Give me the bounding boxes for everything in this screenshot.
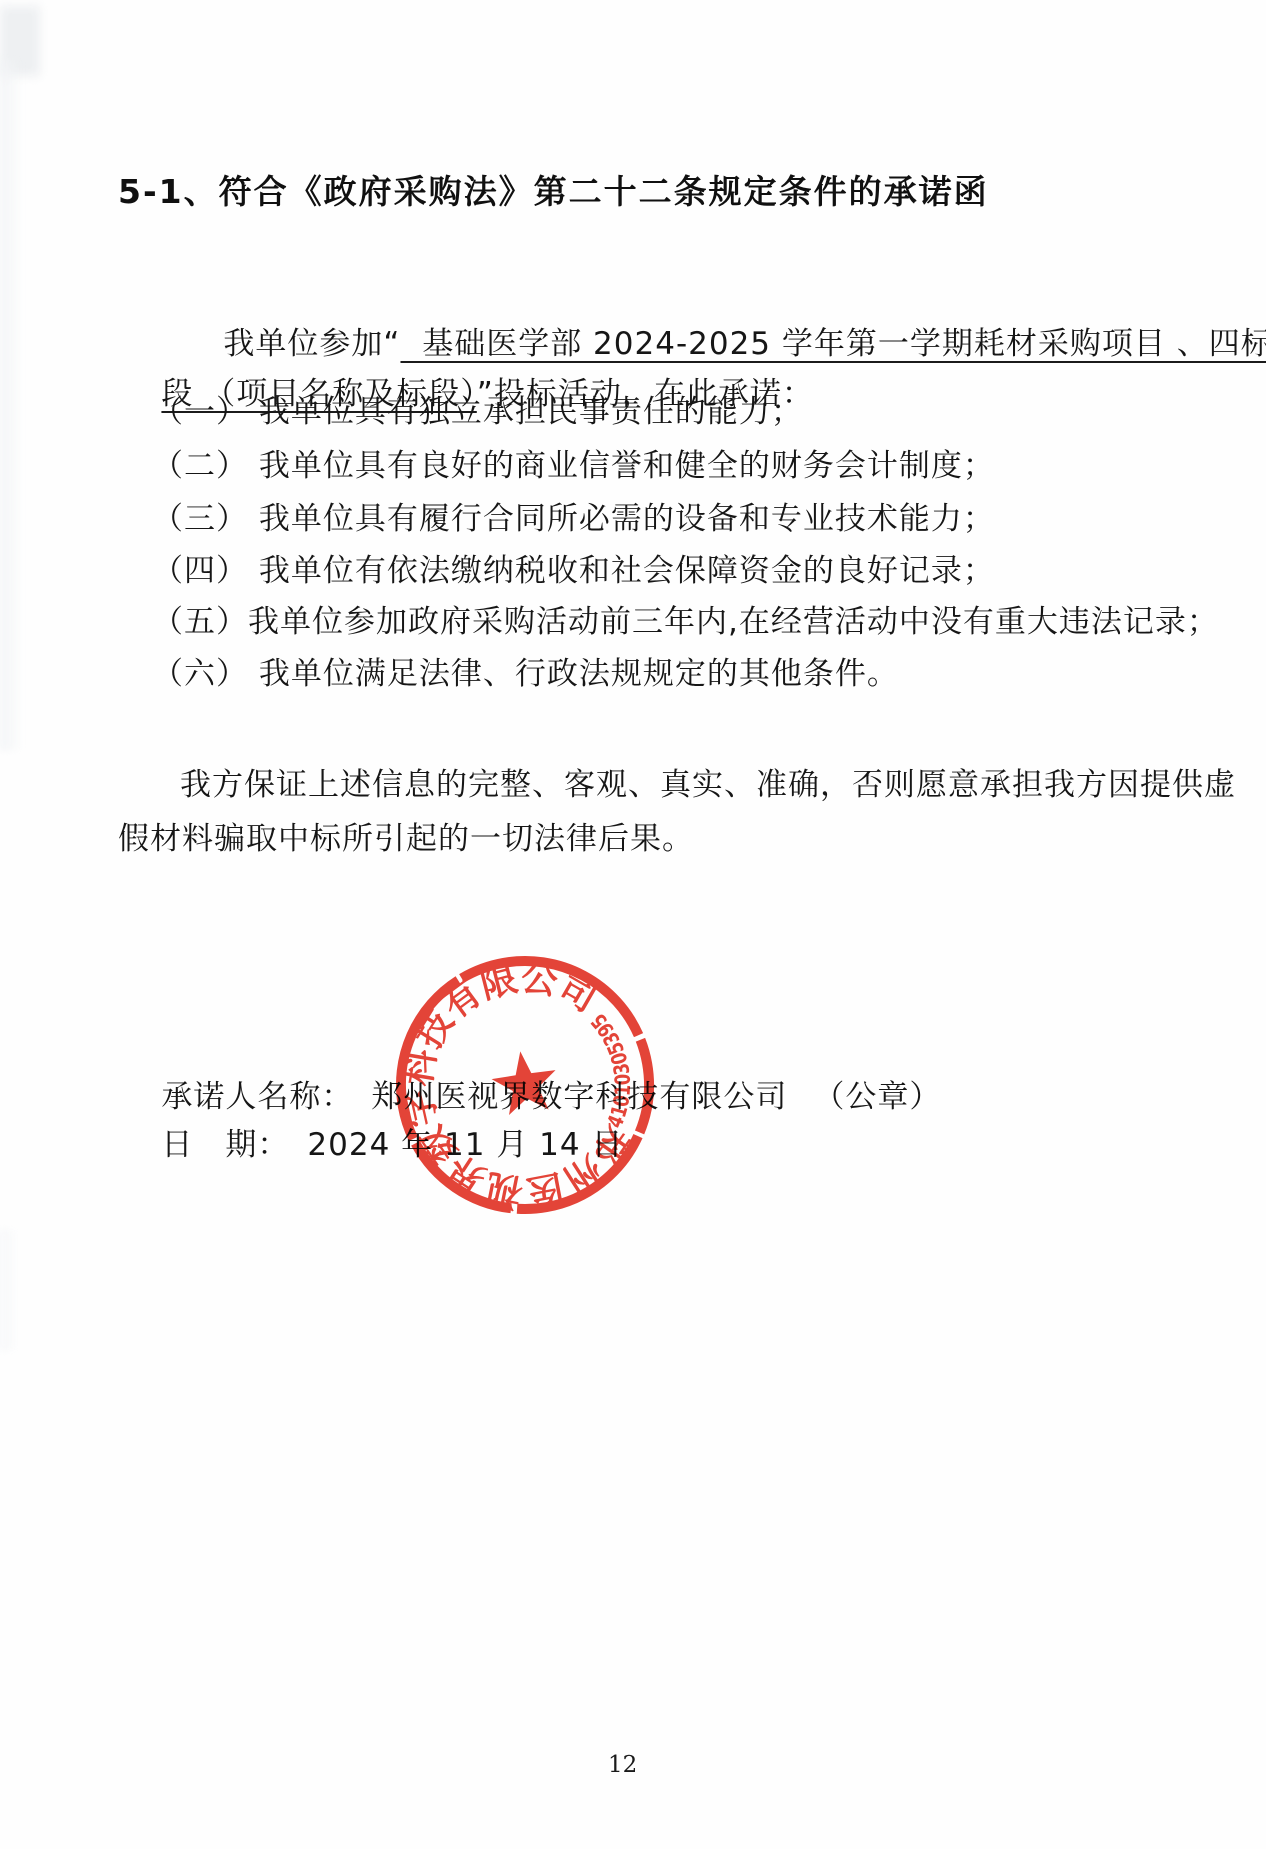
scan-artifact bbox=[0, 1230, 16, 1350]
date-label: 日 期： bbox=[161, 1127, 289, 1163]
commitment-item-3: （三） 我单位具有履行合同所必需的设备和专业技术能力； bbox=[152, 499, 995, 539]
guarantee-line-1: 我方保证上述信息的完整、客观、真实、准确，否则愿意承担我方因提供虚 bbox=[180, 765, 1236, 805]
seal-star-icon bbox=[488, 1047, 561, 1117]
commitment-item-2: （二） 我单位具有良好的商业信誉和健全的财务会计制度； bbox=[152, 446, 995, 486]
commitment-item-4: （四） 我单位有依法缴纳税收和社会保障资金的良好记录； bbox=[152, 551, 995, 591]
guarantee-line-2: 假材料骗取中标所引起的一切法律后果。 bbox=[118, 819, 694, 859]
scan-artifact bbox=[0, 6, 40, 76]
commitment-item-1: （一） 我单位具有独立承担民事责任的能力； bbox=[152, 392, 803, 432]
commitment-item-5: （五）我单位参加政府采购活动前三年内,在经营活动中没有重大违法记录； bbox=[152, 602, 1219, 642]
document-title: 5-1、符合《政府采购法》第二十二条规定条件的承诺函 bbox=[118, 172, 989, 212]
company-seal: 郑州医视界数字科技有限公司 41010305395 bbox=[375, 935, 675, 1235]
document-page: 5-1、符合《政府采购法》第二十二条规定条件的承诺函 我单位参加“ 基础医学部 … bbox=[0, 0, 1266, 1849]
scan-artifact bbox=[0, 60, 22, 750]
seal-note: （公章） bbox=[813, 1079, 941, 1115]
page-number: 12 bbox=[608, 1752, 637, 1778]
commitment-item-6: （六） 我单位满足法律、行政法规规定的其他条件。 bbox=[152, 654, 899, 694]
